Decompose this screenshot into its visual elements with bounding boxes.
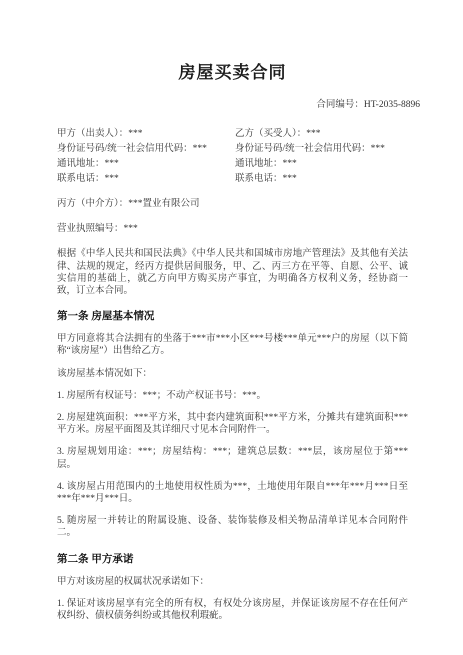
parties-block: 甲方（出卖人）：*** 身份证号码/统一社会信用代码：*** 通讯地址：*** …	[57, 127, 408, 187]
party-a-name: 甲方（出卖人）：***	[57, 127, 235, 142]
party-b-name: 乙方（买受人）：***	[235, 127, 408, 142]
section2-intro: 甲方对该房屋的权属状况承诺如下：	[57, 576, 408, 588]
section1-item-1: 1. 房屋所有权证号：***；不动产权证书号：***。	[57, 390, 408, 402]
contract-number: 合同编号：HT-2035-8896	[57, 99, 420, 111]
party-a-phone: 联系电话：***	[57, 172, 235, 187]
section1-item-4: 4. 该房屋占用范围内的土地使用权性质为***，土地使用年限自***年***月*…	[57, 481, 408, 505]
preamble-paragraph: 根据《中华人民共和国民法典》《中华人民共和国城市房地产管理法》及其他有关法律、法…	[57, 248, 408, 297]
page-title: 房屋买卖合同	[57, 58, 408, 83]
party-a-id: 身份证号码/统一社会信用代码：***	[57, 142, 235, 157]
section2-heading: 第二条 甲方承诺	[57, 553, 408, 565]
party-a-address: 通讯地址：***	[57, 157, 235, 172]
party-b-id: 身份证号码/统一社会信用代码：***	[235, 142, 408, 157]
section1-item-2: 2. 房屋建筑面积：***平方米，其中套内建筑面积***平方米，分摊共有建筑面积…	[57, 412, 408, 436]
party-b-block: 乙方（买受人）：*** 身份证号码/统一社会信用代码：*** 通讯地址：*** …	[235, 127, 408, 187]
party-b-address: 通讯地址：***	[235, 157, 408, 172]
party-c-line: 丙方（中介方）：***置业有限公司	[57, 198, 408, 210]
business-license-line: 营业执照编号：***	[57, 223, 408, 235]
section1-heading: 第一条 房屋基本情况	[57, 310, 408, 322]
section1-list-intro: 该房屋基本情况如下：	[57, 368, 408, 380]
party-b-phone: 联系电话：***	[235, 172, 408, 187]
contract-document-page: 房屋买卖合同 合同编号：HT-2035-8896 甲方（出卖人）：*** 身份证…	[0, 0, 463, 655]
section2-item-1: 1. 保证对该房屋享有完全的所有权，有权处分该房屋，并保证该房屋不存在任何产权纠…	[57, 598, 408, 622]
section1-intro: 甲方同意将其合法拥有的坐落于***市***小区***号楼***单元***户的房屋…	[57, 333, 408, 357]
party-a-block: 甲方（出卖人）：*** 身份证号码/统一社会信用代码：*** 通讯地址：*** …	[57, 127, 235, 187]
section1-item-3: 3. 房屋规划用途：***；房屋结构：***；建筑总层数：***层，该房屋位于第…	[57, 446, 408, 470]
section1-item-5: 5. 随房屋一并转让的附属设施、设备、装饰装修及相关物品清单详见本合同附件二。	[57, 515, 408, 539]
